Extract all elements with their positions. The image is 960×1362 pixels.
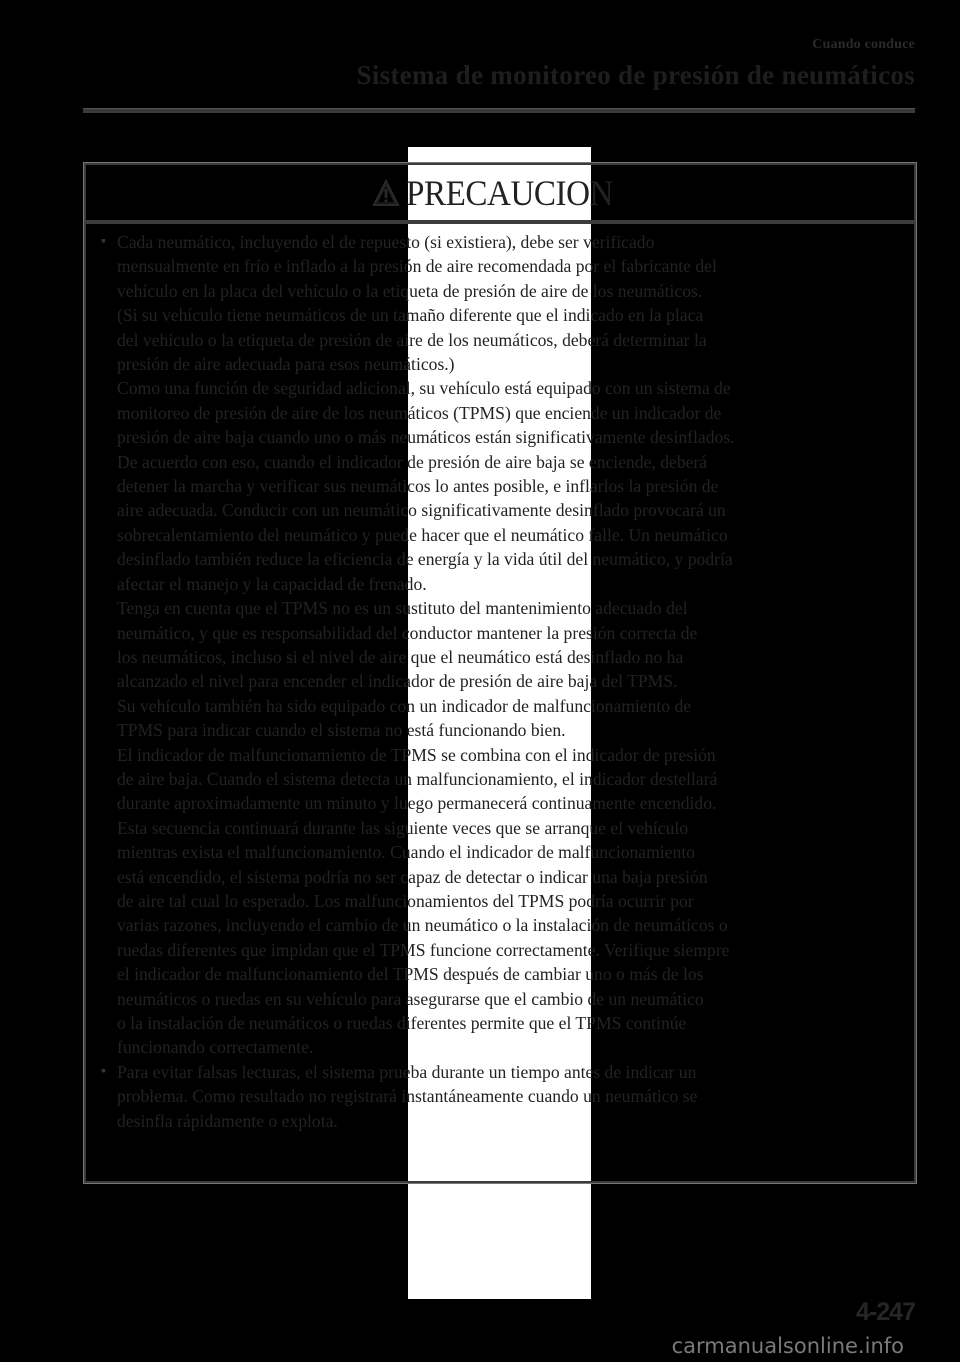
text-line: mensualmente en frío e inflado a la pres… <box>117 254 735 278</box>
text-line: presión de aire baja cuando uno o más ne… <box>117 425 735 449</box>
text-line: Cada neumático, incluyendo el de repuest… <box>117 230 735 254</box>
text-line: aire adecuada. Conducir con un neumático… <box>117 498 735 522</box>
caution-bullet-item: ▪ Cada neumático, incluyendo el de repue… <box>101 230 896 1060</box>
caution-header: PRECAUCION <box>86 165 914 224</box>
caution-title: PRECAUCION <box>406 172 613 214</box>
text-line: Tenga en cuenta que el TPMS no es un sus… <box>117 596 735 620</box>
text-line: neumáticos o ruedas en su vehículo para … <box>117 987 735 1011</box>
page-title: Sistema de monitoreo de presión de neumá… <box>357 60 915 91</box>
text-line: desinfla rápidamente o explota. <box>117 1109 697 1133</box>
caution-box: PRECAUCION ▪ Cada neumático, incluyendo … <box>83 162 917 1184</box>
text-line: varias razones, incluyendo el cambio de … <box>117 913 735 937</box>
bullet-icon: ▪ <box>101 230 117 1060</box>
text-line: TPMS para indicar cuando el sistema no e… <box>117 718 735 742</box>
bullet-icon: ▪ <box>101 1060 117 1133</box>
text-line: Su vehículo también ha sido equipado con… <box>117 694 735 718</box>
text-line: vehículo en la placa del vehículo o la e… <box>117 279 735 303</box>
warning-triangle-icon <box>372 179 400 207</box>
text-line: de aire tal cual lo esperado. Los malfun… <box>117 889 735 913</box>
text-line: problema. Como resultado no registrará i… <box>117 1084 697 1108</box>
text-line: presión de aire adecuada para esos neumá… <box>117 352 735 376</box>
text-line: De acuerdo con eso, cuando el indicador … <box>117 450 735 474</box>
text-line: ruedas diferentes que impidan que el TPM… <box>117 938 735 962</box>
header-divider <box>83 108 915 113</box>
text-line: Como una función de seguridad adicional,… <box>117 376 735 400</box>
text-line: detener la marcha y verificar sus neumát… <box>117 474 735 498</box>
text-line: alcanzado el nivel para encender el indi… <box>117 669 735 693</box>
text-line: (Si su vehículo tiene neumáticos de un t… <box>117 303 735 327</box>
bullet-text: Para evitar falsas lecturas, el sistema … <box>117 1060 697 1133</box>
text-line: El indicador de malfuncionamiento de TPM… <box>117 743 735 767</box>
caution-bullet-item: ▪ Para evitar falsas lecturas, el sistem… <box>101 1060 896 1133</box>
text-line: funcionando correctamente. <box>117 1035 735 1059</box>
text-line: el indicador de malfuncionamiento del TP… <box>117 962 735 986</box>
text-line: está encendido, el sistema podría no ser… <box>117 865 735 889</box>
text-line: desinflado también reduce la eficiencia … <box>117 547 735 571</box>
bullet-text: Cada neumático, incluyendo el de repuest… <box>117 230 735 1060</box>
text-line: neumático, y que es responsabilidad del … <box>117 621 735 645</box>
text-line: afectar el manejo y la capacidad de fren… <box>117 572 735 596</box>
page-number: 4-247 <box>856 1298 915 1327</box>
text-line: de aire baja. Cuando el sistema detecta … <box>117 767 735 791</box>
text-line: sobrecalentamiento del neumático y puede… <box>117 523 735 547</box>
caution-title-group: PRECAUCION <box>372 172 631 214</box>
text-line: Esta secuencia continuará durante las si… <box>117 816 735 840</box>
text-line: durante aproximadamente un minuto y lueg… <box>117 791 735 815</box>
section-label: Cuando conduce <box>812 37 915 53</box>
text-line: los neumáticos, incluso si el nivel de a… <box>117 645 735 669</box>
text-line: o la instalación de neumáticos o ruedas … <box>117 1011 735 1035</box>
text-line: monitoreo de presión de aire de los neum… <box>117 401 735 425</box>
text-line: mientras exista el malfuncionamiento. Cu… <box>117 840 735 864</box>
text-line: del vehículo o la etiqueta de presión de… <box>117 328 735 352</box>
caution-body: ▪ Cada neumático, incluyendo el de repue… <box>86 224 914 1133</box>
watermark-link[interactable]: carmanualsonline.info <box>672 1334 904 1358</box>
text-line: Para evitar falsas lecturas, el sistema … <box>117 1060 697 1084</box>
